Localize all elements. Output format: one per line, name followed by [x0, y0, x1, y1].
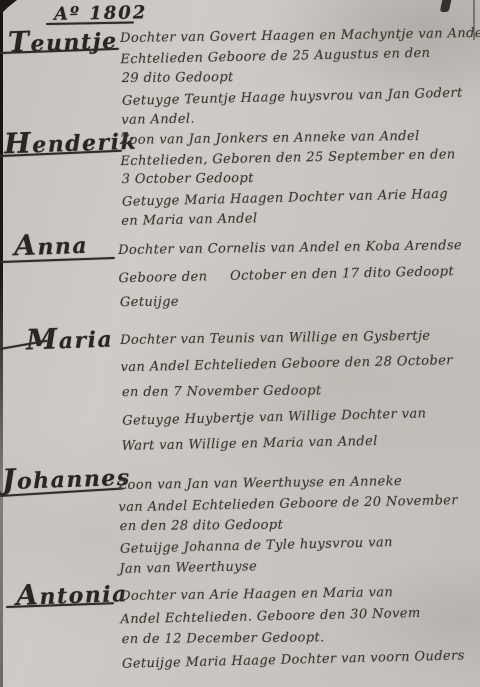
entry-text-line: Wart van Willige en Maria van Andel: [121, 428, 454, 461]
register-page-scan: Aº 1802 Teuntje Dochter van Govert Haage…: [0, 0, 480, 687]
scan-mark-top-right: [440, 0, 452, 12]
scan-edge-left: [0, 0, 3, 687]
entry-text: Zoon van Jan van Weerthuyse en Anneke va…: [118, 471, 459, 580]
entry-text: Dochter van Arie Haagen en Maria van And…: [120, 581, 464, 674]
entry-text: Dochter van Teunis van Willige en Gysber…: [120, 323, 454, 459]
entry-text-line: Getuijge: [120, 287, 464, 317]
entry-text: Dochter van Cornelis van Andel en Koba A…: [118, 233, 463, 317]
entry-name: Maria: [25, 320, 113, 356]
entry-text: Dochter van Govert Haagen en Machyntje v…: [120, 24, 480, 131]
entry-name: Anna: [13, 227, 88, 263]
entry-text: Zoon van Jan Jonkers en Anneke van Andel…: [120, 126, 457, 231]
entry-name: Teuntje: [7, 22, 118, 59]
